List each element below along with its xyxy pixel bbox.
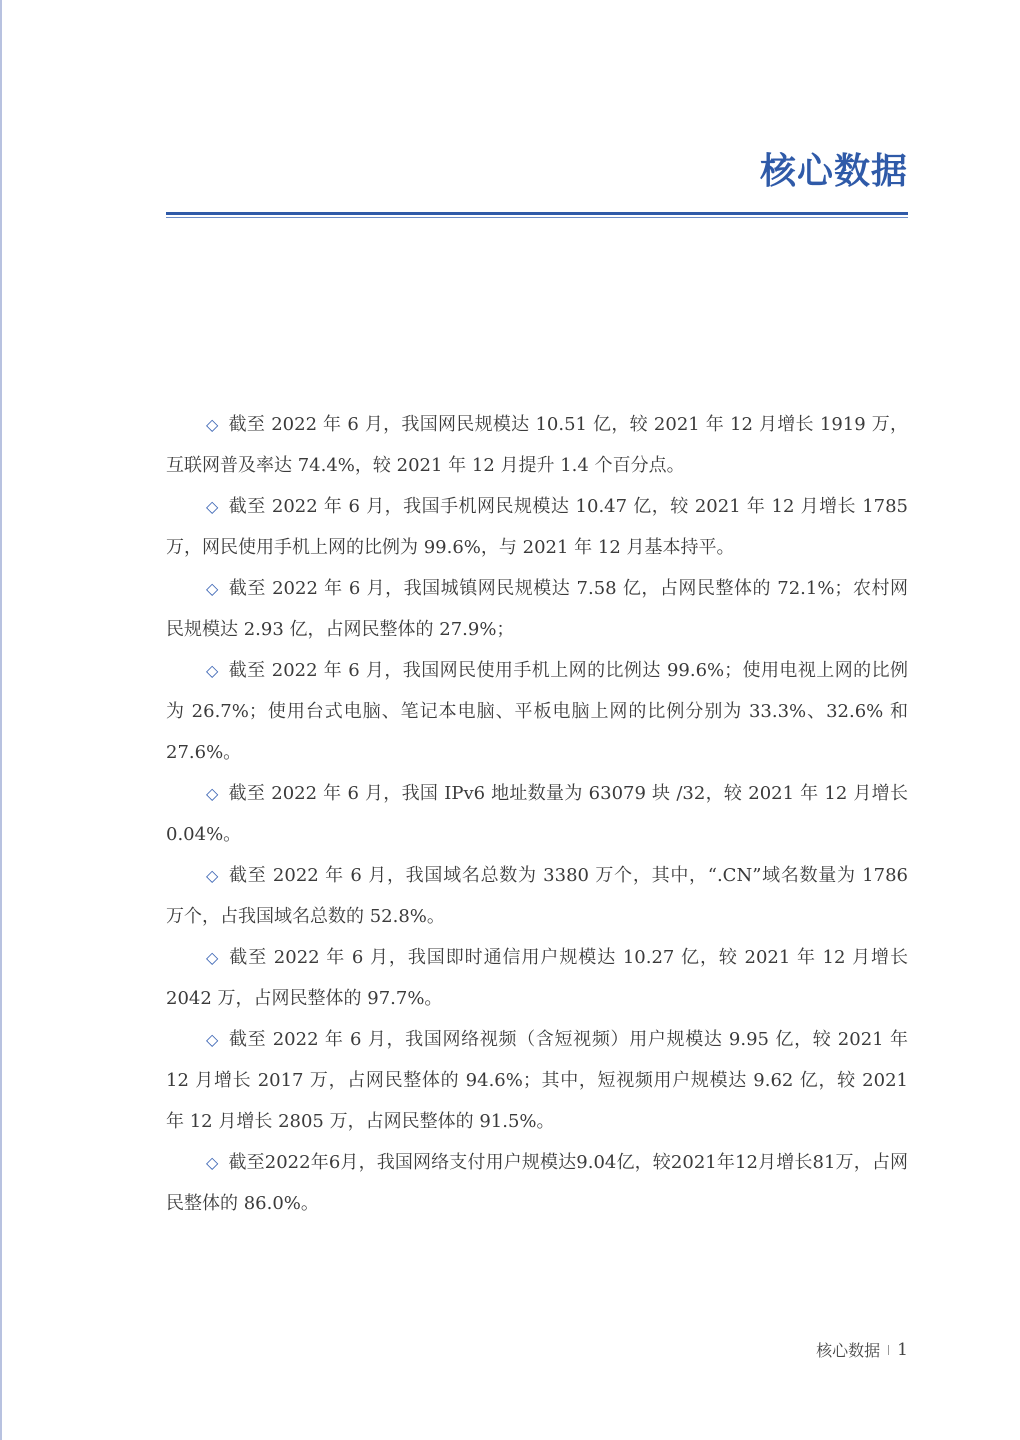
list-item: ◇截至 2022 年 6 月，我国城镇网民规模达 7.58 亿，占网民整体的 7… <box>166 568 908 650</box>
list-item-text: 截至 2022 年 6 月，我国 IPv6 地址数量为 63079 块 /32，… <box>166 783 908 845</box>
list-item: ◇截至 2022 年 6 月，我国手机网民规模达 10.47 亿，较 2021 … <box>166 486 908 568</box>
list-item-text: 截至 2022 年 6 月，我国即时通信用户规模达 10.27 亿，较 2021… <box>166 947 908 1009</box>
diamond-bullet-icon: ◇ <box>206 661 219 680</box>
list-item: ◇截至2022年6月，我国网络支付用户规模达9.04亿，较2021年12月增长8… <box>166 1142 908 1224</box>
footer-section-label: 核心数据 <box>816 1338 880 1361</box>
list-item: ◇截至 2022 年 6 月，我国域名总数为 3380 万个，其中，“.CN”域… <box>166 855 908 937</box>
list-item: ◇截至 2022 年 6 月，我国网民规模达 10.51 亿，较 2021 年 … <box>166 404 908 486</box>
diamond-bullet-icon: ◇ <box>206 1153 218 1172</box>
diamond-bullet-icon: ◇ <box>206 579 219 598</box>
page-footer: 核心数据 1 <box>816 1338 908 1361</box>
list-item: ◇截至 2022 年 6 月，我国网络视频（含短视频）用户规模达 9.95 亿，… <box>166 1019 908 1142</box>
list-item: ◇截至 2022 年 6 月，我国网民使用手机上网的比例达 99.6%；使用电视… <box>166 650 908 773</box>
footer-separator <box>888 1345 889 1355</box>
diamond-bullet-icon: ◇ <box>206 866 219 885</box>
diamond-bullet-icon: ◇ <box>206 948 219 967</box>
list-item: ◇截至 2022 年 6 月，我国即时通信用户规模达 10.27 亿，较 202… <box>166 937 908 1019</box>
diamond-bullet-icon: ◇ <box>206 1030 219 1049</box>
title-divider-thin <box>166 217 908 218</box>
list-item-text: 截至 2022 年 6 月，我国网民规模达 10.51 亿，较 2021 年 1… <box>166 414 908 476</box>
diamond-bullet-icon: ◇ <box>206 497 219 516</box>
list-item-text: 截至 2022 年 6 月，我国城镇网民规模达 7.58 亿，占网民整体的 72… <box>166 578 908 640</box>
title-divider <box>166 212 908 215</box>
list-item-text: 截至 2022 年 6 月，我国网民使用手机上网的比例达 99.6%；使用电视上… <box>166 660 908 763</box>
list-item-text: 截至2022年6月，我国网络支付用户规模达9.04亿，较2021年12月增长81… <box>166 1152 908 1214</box>
diamond-bullet-icon: ◇ <box>206 784 219 803</box>
page-title: 核心数据 <box>760 150 908 194</box>
key-data-list: ◇截至 2022 年 6 月，我国网民规模达 10.51 亿，较 2021 年 … <box>166 404 908 1224</box>
page-number: 1 <box>897 1340 908 1360</box>
list-item-text: 截至 2022 年 6 月，我国域名总数为 3380 万个，其中，“.CN”域名… <box>166 865 908 927</box>
diamond-bullet-icon: ◇ <box>206 415 219 434</box>
list-item-text: 截至 2022 年 6 月，我国手机网民规模达 10.47 亿，较 2021 年… <box>166 496 908 558</box>
list-item: ◇截至 2022 年 6 月，我国 IPv6 地址数量为 63079 块 /32… <box>166 773 908 855</box>
list-item-text: 截至 2022 年 6 月，我国网络视频（含短视频）用户规模达 9.95 亿，较… <box>166 1029 908 1132</box>
page-edge <box>0 0 2 1440</box>
